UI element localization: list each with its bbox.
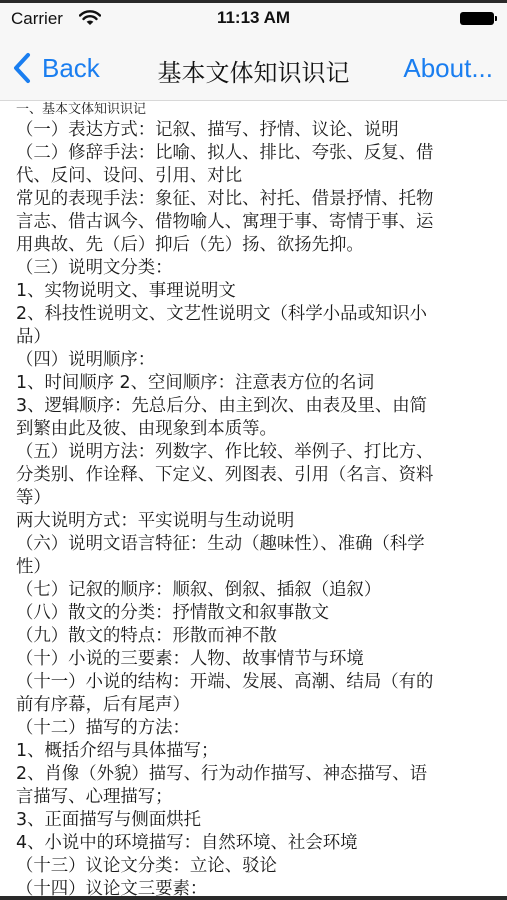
text-line: 2、肖像（外貌）描写、行为动作描写、神态描写、语: [16, 763, 498, 786]
text-line: 言描写、心理描写；: [16, 786, 498, 809]
content-text-view[interactable]: 一、基本文体知识识记 （一）表达方式：记叙、描写、抒情、议论、说明 （二）修辞手…: [16, 101, 498, 900]
text-line: 前有序幕，后有尾声）: [16, 694, 498, 717]
text-line: 3、正面描写与侧面烘托: [16, 809, 498, 832]
text-line: （一）表达方式：记叙、描写、抒情、议论、说明: [16, 119, 498, 142]
text-line: 等）: [16, 487, 498, 510]
about-button[interactable]: About...: [403, 53, 493, 84]
text-line: 1、时间顺序 2、空间顺序：注意表方位的名词: [16, 372, 498, 395]
text-line: 1、概括介绍与具体描写；: [16, 740, 498, 763]
text-line: 品）: [16, 326, 498, 349]
text-line: （二）修辞手法：比喻、拟人、排比、夸张、反复、借: [16, 142, 498, 165]
text-line: （十三）议论文分类：立论、驳论: [16, 855, 498, 878]
text-line: （九）散文的特点：形散而神不散: [16, 625, 498, 648]
text-line: 用典故、先（后）抑后（先）扬、欲扬先抑。: [16, 234, 498, 257]
text-line: （十二）描写的方法：: [16, 717, 498, 740]
text-line: 常见的表现手法：象征、对比、衬托、借景抒情、托物: [16, 188, 498, 211]
text-line: （十一）小说的结构：开端、发展、高潮、结局（有的: [16, 671, 498, 694]
screen-bottom-edge: [0, 896, 507, 900]
text-line: （三）说明文分类：: [16, 257, 498, 280]
text-line: （十）小说的三要素：人物、故事情节与环境: [16, 648, 498, 671]
text-line: 代、反问、设问、引用、对比: [16, 165, 498, 188]
navigation-bar: Back 基本文体知识识记 About...: [0, 33, 507, 100]
section-heading: 一、基本文体知识识记: [16, 101, 498, 119]
status-bar: Carrier 11:13 AM: [0, 3, 507, 33]
text-line: 1、实物说明文、事理说明文: [16, 280, 498, 303]
text-line: （八）散文的分类：抒情散文和叙事散文: [16, 602, 498, 625]
text-line: 两大说明方式：平实说明与生动说明: [16, 510, 498, 533]
text-line: （五）说明方法：列数字、作比较、举例子、打比方、: [16, 441, 498, 464]
text-line: 性）: [16, 556, 498, 579]
text-line: 言志、借古讽今、借物喻人、寓理于事、寄情于事、运: [16, 211, 498, 234]
text-line: 2、科技性说明文、文艺性说明文（科学小品或知识小: [16, 303, 498, 326]
text-line: 到繁由此及彼、由现象到本质等。: [16, 418, 498, 441]
status-time: 11:13 AM: [0, 8, 507, 28]
header: Carrier 11:13 AM Back 基本文体知识识记 About...: [0, 3, 507, 101]
battery-full-icon: [460, 12, 494, 25]
text-line: 3、逻辑顺序：先总后分、由主到次、由表及里、由简: [16, 395, 498, 418]
text-line: 分类别、作诠释、下定义、列图表、引用（名言、资料: [16, 464, 498, 487]
text-line: （七）记叙的顺序：顺叙、倒叙、插叙（追叙）: [16, 579, 498, 602]
text-line: 4、小说中的环境描写：自然环境、社会环境: [16, 832, 498, 855]
text-line: （六）说明文语言特征：生动（趣味性）、准确（科学: [16, 533, 498, 556]
text-line: （四）说明顺序：: [16, 349, 498, 372]
